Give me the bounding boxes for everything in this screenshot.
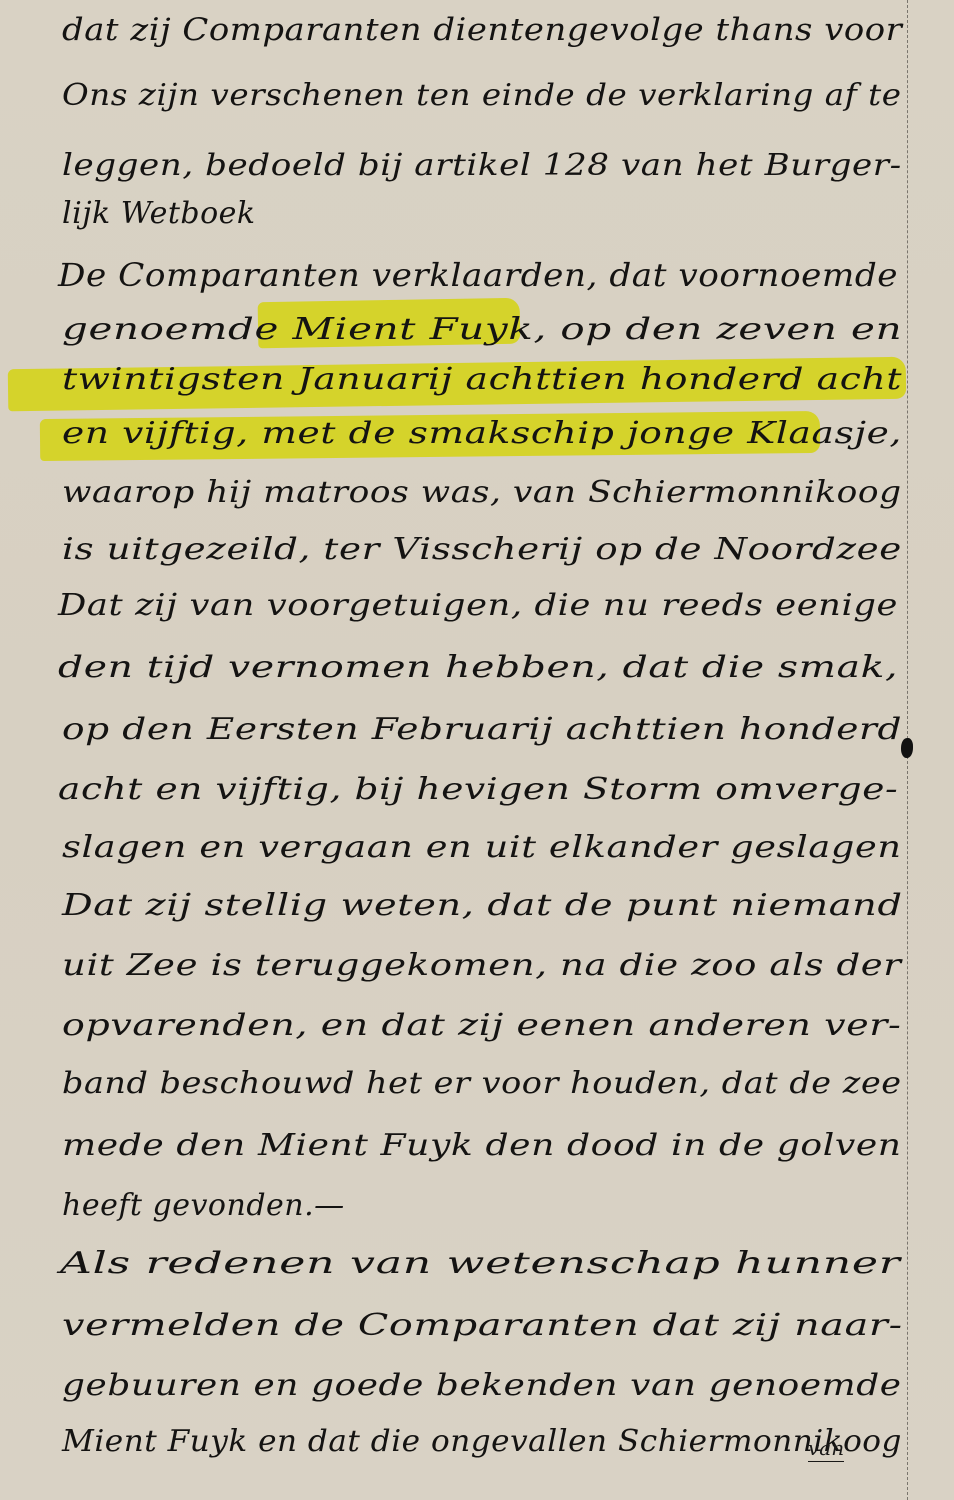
text-line: den tijd vernomen hebben, dat die smak, [58, 650, 898, 685]
text-line: leggen, bedoeld bij artikel 128 van het … [62, 148, 902, 183]
text-line: twintigsten Januarij achttien honderd ac… [62, 362, 902, 397]
text-line: De Comparanten verklaarden, dat voornoem… [58, 256, 898, 294]
ink-blot [901, 738, 913, 758]
text-line: acht en vijftig, bij hevigen Storm omver… [58, 772, 898, 807]
text-line: uit Zee is teruggekomen, na die zoo als … [62, 948, 902, 983]
text-line: Mient Fuyk en dat die ongevallen Schierm… [62, 1424, 902, 1459]
text-line: op den Eersten Februarij achttien honder… [62, 712, 902, 747]
text-line: genoemde Mient Fuyk, op den zeven en [62, 312, 902, 347]
text-line: en vijftig, met de smakschip jonge Klaas… [62, 416, 902, 451]
text-line: slagen en vergaan en uit elkander geslag… [62, 830, 902, 865]
text-line: heeft gevonden.— [62, 1188, 345, 1223]
document-page: dat zij Comparanten dientengevolge thans… [0, 0, 954, 1500]
text-line: Dat zij stellig weten, dat de punt niema… [62, 888, 903, 923]
text-line: band beschouwd het er voor houden, dat d… [62, 1066, 902, 1101]
text-line: opvarenden, en dat zij eenen anderen ver… [62, 1008, 901, 1043]
catchword: van [808, 1436, 844, 1462]
text-line: Als redenen van wetenschap hunner [60, 1246, 901, 1281]
text-line: mede den Mient Fuyk den dood in de golve… [62, 1128, 902, 1163]
text-line: gebuuren en goede bekenden van genoemde [62, 1368, 902, 1403]
text-line: lijk Wetboek [62, 196, 256, 231]
text-line: Ons zijn verschenen ten einde de verklar… [62, 78, 902, 113]
text-line: Dat zij van voorgetuigen, die nu reeds e… [58, 588, 898, 623]
text-line: waarop hij matroos was, van Schiermonnik… [62, 475, 902, 510]
text-line: is uitgezeild, ter Visscherij op de Noor… [62, 532, 902, 567]
text-line: vermelden de Comparanten dat zij naar- [62, 1308, 903, 1343]
text-line: dat zij Comparanten dientengevolge thans… [62, 12, 902, 48]
